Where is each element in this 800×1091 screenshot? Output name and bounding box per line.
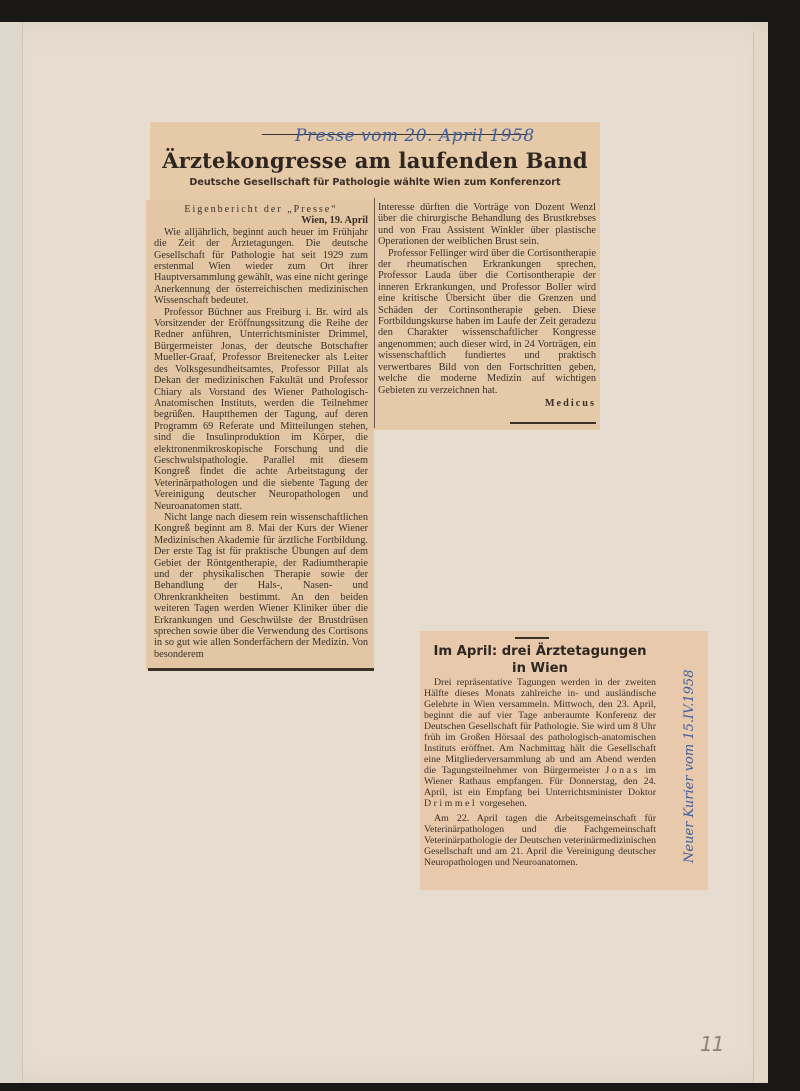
clipping1-column1: Eigenbericht der „Presse“ Wien, 19. Apri…	[146, 200, 374, 670]
column-end-rule	[148, 668, 374, 671]
article-headline: Im April: drei Ärztetagungen in Wien	[424, 643, 656, 677]
article-subheadline: Deutsche Gesellschaft für Pathologie wäh…	[150, 177, 600, 188]
article-column-2: Interesse dürften die Vorträge von Dozen…	[378, 202, 596, 409]
article-body: Drei repräsentative Tagungen werden in d…	[424, 677, 656, 868]
article-headline: Ärztekongresse am laufenden Band	[150, 148, 600, 173]
clipping2: Im April: drei Ärztetagungen in Wien Dre…	[420, 631, 708, 890]
handwritten-source-note: Neuer Kurier vom 15.IV.1958	[682, 663, 697, 863]
paragraph: Drei repräsentative Tagungen werden in d…	[424, 677, 656, 809]
headline-line-2: in Wien	[424, 660, 656, 677]
paragraph: Professor Büchner aus Freiburg i. Br. wi…	[154, 307, 368, 512]
paragraph: Nicht lange nach diesem rein wissenschaf…	[154, 512, 368, 660]
name-drimmel: Drimmel	[424, 798, 477, 809]
page-number: 11	[700, 1032, 723, 1056]
clipping1-column2: Interesse dürften die Vorträge von Dozen…	[374, 200, 600, 430]
top-rule	[515, 637, 549, 639]
article-column-1: Eigenbericht der „Presse“ Wien, 19. Apri…	[154, 204, 368, 660]
article-byline: Eigenbericht der „Presse“	[154, 204, 368, 215]
paragraph: Interesse dürften die Vorträge von Dozen…	[378, 202, 596, 248]
article-signature: Medicus	[378, 398, 596, 409]
handwritten-source-note: Presse vom 20. April 1958	[295, 126, 555, 146]
paragraph: Am 22. April tagen die Arbeitsgemeinscha…	[424, 813, 656, 868]
article-dateline: Wien, 19. April	[154, 215, 368, 226]
page-binding-edge	[0, 22, 23, 1083]
name-jonas: Jonas	[605, 765, 639, 776]
clipping1-header: Presse vom 20. April 1958 Ärztekongresse…	[150, 122, 600, 202]
article-end-rule	[510, 422, 596, 424]
column-divider	[374, 198, 375, 428]
headline-line-1: Im April: drei Ärztetagungen	[424, 643, 656, 660]
paragraph: Professor Fellinger wird über die Cortis…	[378, 248, 596, 396]
page-right-edge	[753, 32, 768, 1082]
paragraph: Wie alljährlich, beginnt auch heuer im F…	[154, 227, 368, 307]
